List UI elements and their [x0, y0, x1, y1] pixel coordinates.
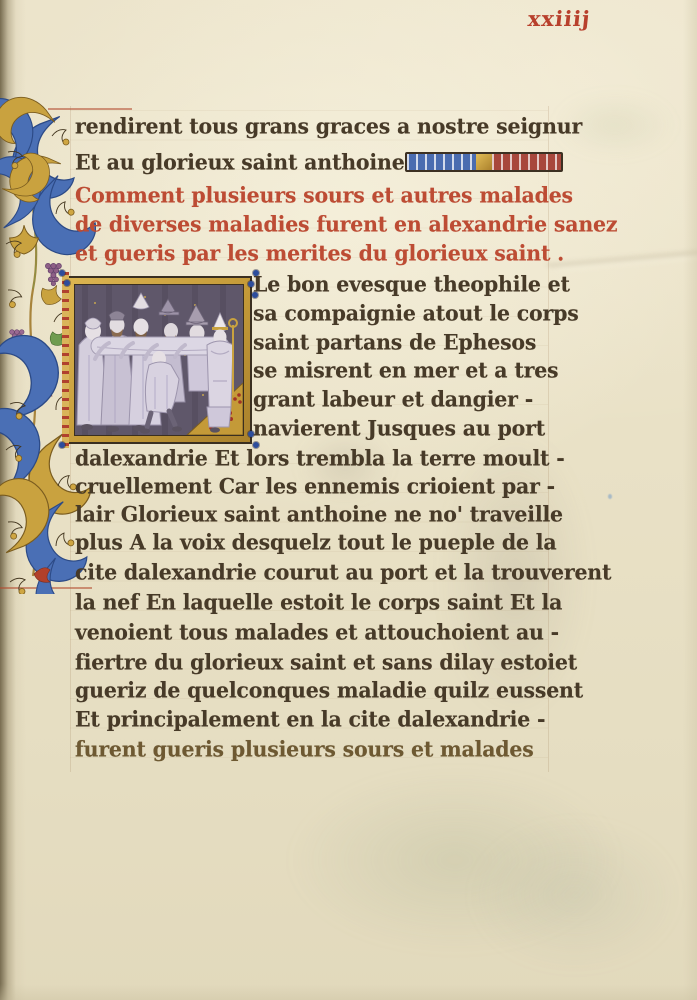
manuscript-text-line: cruellement Car les ennemis crioient par…: [75, 474, 555, 499]
manuscript-text-line: Et principalement en la cite dalexandrie…: [75, 707, 545, 732]
manuscript-rubric-line: Comment plusieurs sours et autres malade…: [75, 183, 573, 208]
manuscript-text-line: Le bon evesque theophile et: [253, 272, 570, 297]
manuscript-rubric-line: et gueris par les merites du glorieux sa…: [75, 241, 564, 266]
manuscript-text-line: se misrent en mer et a tres: [253, 358, 558, 383]
manuscript-text-line: lair Glorieux saint anthoine ne no' trav…: [75, 502, 563, 527]
manuscript-text-line: grant labeur et dangier -: [253, 387, 533, 412]
text-block: rendirent tous grans graces a nostre sei…: [0, 0, 697, 1000]
manuscript-rubric-line: de diverses maladies furent en alexandri…: [75, 212, 617, 237]
manuscript-text-line: fiertre du glorieux saint et sans dilay …: [75, 650, 577, 675]
manuscript-text-line: cite dalexandrie courut au port et la tr…: [75, 560, 611, 585]
manuscript-text-line: sa compaignie atout le corps: [253, 301, 579, 326]
manuscript-text-line: rendirent tous grans graces a nostre sei…: [75, 114, 582, 139]
manuscript-text-line: plus A la voix desquelz tout le pueple d…: [75, 530, 556, 555]
manuscript-text-line: venoient tous malades et attouchoient au…: [75, 620, 559, 645]
manuscript-text-line: furent gueris plusieurs sours et malades: [75, 737, 534, 762]
manuscript-text-line: la nef En laquelle estoit le corps saint…: [75, 590, 562, 615]
manuscript-text-line: saint partans de Ephesos: [253, 330, 536, 355]
manuscript-text-line: gueriz de quelconques maladie quilz euss…: [75, 678, 583, 703]
manuscript-text-line: Et au glorieux saint anthoine: [75, 150, 405, 175]
manuscript-text-line: dalexandrie Et lors trembla la terre mou…: [75, 446, 565, 471]
manuscript-text-line: navierent Jusques au port: [253, 416, 545, 441]
manuscript-page: xxiiij: [0, 0, 697, 1000]
